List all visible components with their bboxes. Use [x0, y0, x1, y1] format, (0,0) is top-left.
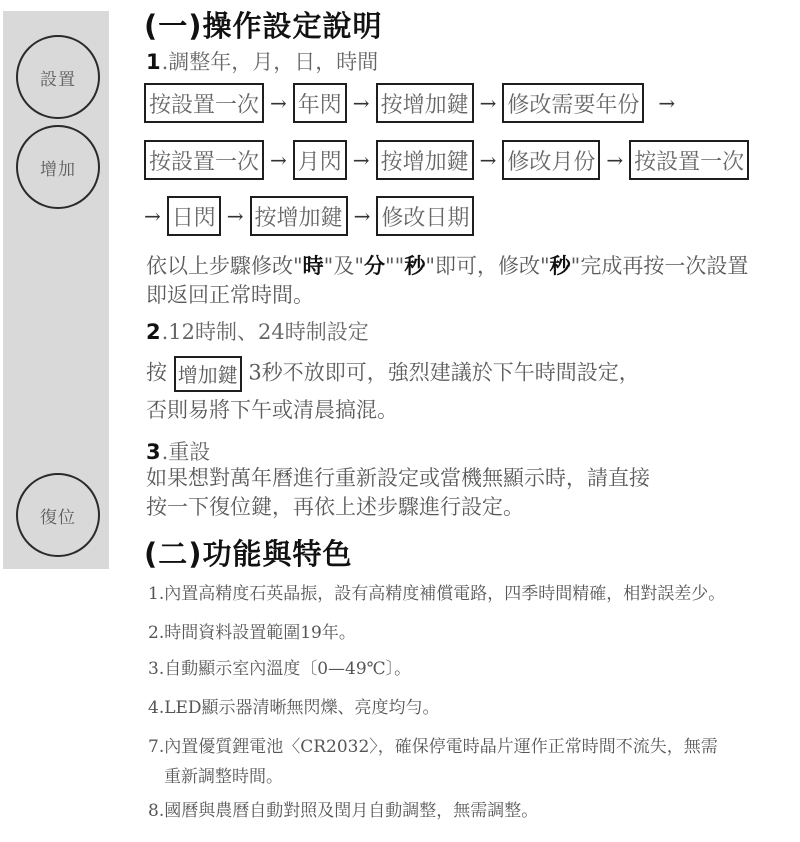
increase-button-diagram: 增加	[16, 125, 100, 209]
reset-button-diagram: 復位	[16, 473, 100, 557]
increase-button-label: 增加	[40, 155, 76, 180]
arrow-icon: →	[658, 91, 675, 115]
section1-heading: (一)操作設定說明	[144, 4, 383, 45]
feature-item: 8.國曆與農曆自動對照及閏月自動調整，無需調整。	[148, 797, 538, 825]
arrow-icon: →	[270, 91, 287, 115]
arrow-icon: →	[353, 91, 370, 115]
step2-line2: 否則易將下午或清晨搞混。	[146, 396, 640, 425]
feature-item: 1.內置高精度石英晶振，設有高精度補償電路，四季時間精確，相對誤差少。	[148, 580, 725, 608]
step2-number: 2	[146, 320, 161, 344]
arrow-icon: →	[606, 148, 623, 172]
step3-title-text: .重設	[162, 440, 211, 464]
step1-note: 依以上步驟修改"時"及"分""秒"即可，修改"秒"完成再按一次設置 即返回正常時…	[146, 252, 748, 310]
step3-line1: 如果想對萬年曆進行重新設定或當機無顯示時，請直接	[146, 464, 650, 493]
set-button-label: 設置	[40, 65, 76, 90]
arrow-icon: →	[480, 148, 497, 172]
step3-body: 如果想對萬年曆進行重新設定或當機無顯示時，請直接 按一下復位鍵，再依上述步驟進行…	[146, 464, 650, 522]
feature-item: 2.時間資料設置範圍19年。	[148, 619, 356, 647]
arrow-icon: →	[480, 91, 497, 115]
set-button-diagram: 設置	[16, 35, 100, 119]
flow-row-day: → 日閃 → 按增加鍵 → 修改日期	[144, 196, 474, 236]
step3-title: 3.重設	[146, 436, 210, 466]
step1-number: 1	[146, 50, 161, 74]
flow-step: 按增加鍵	[250, 196, 348, 236]
flow-step: 修改需要年份	[502, 83, 644, 123]
step1-title: 1.調整年，月，日，時間	[146, 46, 378, 76]
arrow-icon: →	[144, 204, 161, 228]
flow-row-month: 按設置一次 → 月閃 → 按增加鍵 → 修改月份 → 按設置一次	[144, 140, 749, 180]
flow-step: 年閃	[293, 83, 347, 123]
step2-title: 2.12時制、24時制設定	[146, 316, 369, 346]
step3-number: 3	[146, 440, 161, 464]
flow-row-year: 按設置一次 → 年閃 → 按增加鍵 → 修改需要年份 →	[144, 83, 681, 123]
step2-body: 按 增加鍵 3秒不放即可，強烈建議於下午時間設定， 否則易將下午或清晨搞混。	[146, 356, 640, 425]
flow-step: 日閃	[167, 196, 221, 236]
feature-item: 4.LED顯示器清晰無閃爍、亮度均勻。	[148, 694, 440, 722]
flow-step: 按設置一次	[629, 140, 749, 180]
feature-item: 3.自動顯示室內溫度〔0—49℃〕。	[148, 655, 411, 683]
step3-line2: 按一下復位鍵，再依上述步驟進行設定。	[146, 493, 650, 522]
feature-item: 7.內置優質鋰電池〈CR2032〉，確保停電時晶片運作正常時間不流失，無需	[148, 733, 718, 761]
increase-key-box: 增加鍵	[174, 356, 242, 392]
step2-title-text: .12時制、24時制設定	[162, 320, 369, 344]
arrow-icon: →	[270, 148, 287, 172]
reset-button-label: 復位	[40, 503, 76, 528]
arrow-icon: →	[354, 204, 371, 228]
step1-note-line1: 依以上步驟修改"時"及"分""秒"即可，修改"秒"完成再按一次設置	[146, 252, 748, 281]
flow-step: 修改月份	[502, 140, 600, 180]
section2-heading: (二)功能與特色	[144, 532, 353, 573]
feature-item-continuation: 重新調整時間。	[164, 763, 283, 791]
flow-step: 按增加鍵	[376, 83, 474, 123]
button-diagram-panel: 設置 增加 復位	[3, 11, 109, 569]
flow-step: 按設置一次	[144, 140, 264, 180]
arrow-icon: →	[227, 204, 244, 228]
flow-step: 修改日期	[376, 196, 474, 236]
step1-note-line2: 即返回正常時間。	[146, 281, 748, 310]
step2-line1: 按 增加鍵 3秒不放即可，強烈建議於下午時間設定，	[146, 356, 640, 392]
flow-step: 月閃	[293, 140, 347, 180]
step1-title-text: .調整年，月，日，時間	[162, 50, 379, 74]
flow-step: 按增加鍵	[376, 140, 474, 180]
arrow-icon: →	[353, 148, 370, 172]
flow-step: 按設置一次	[144, 83, 264, 123]
